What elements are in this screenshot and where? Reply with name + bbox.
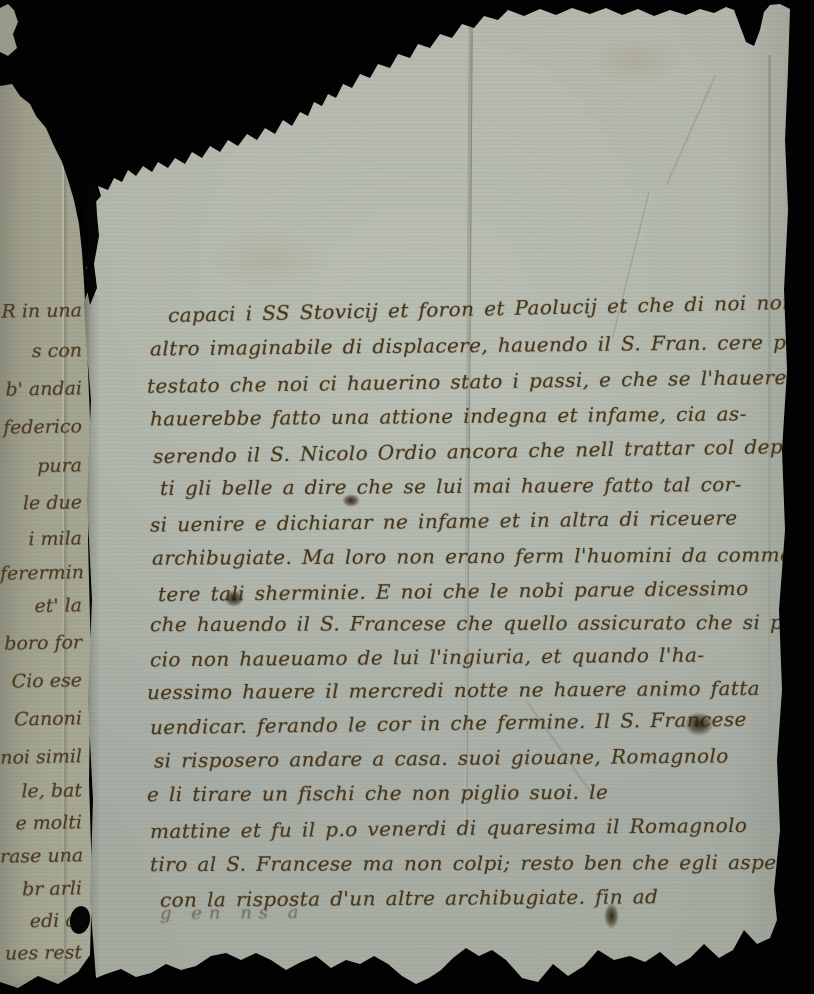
ink-blot xyxy=(224,590,244,607)
manuscript-page: capaci i SS Stovicij et foron et Paoluci… xyxy=(0,0,814,994)
manuscript-line: e li tirare un fischi che non piglio suo… xyxy=(147,780,608,806)
ink-blot xyxy=(684,712,714,736)
left-fragment-line: Cio ese xyxy=(0,669,85,692)
paper-stain xyxy=(590,35,680,85)
manuscript-line: capaci i SS Stovicij et foron et Paoluci… xyxy=(168,289,814,327)
ink-blot xyxy=(604,903,619,929)
manuscript-line: altro imaginabile di displacere, hauendo… xyxy=(150,330,814,361)
ink-offset-marks: g en ns a xyxy=(160,899,760,924)
manuscript-photo: R in una s con b' andai federico pura le… xyxy=(0,0,814,994)
left-fragment-line: i mila xyxy=(0,527,85,550)
manuscript-line: uendicar. ferando le cor in che fermine.… xyxy=(150,707,747,739)
left-fragment-line: Canoni xyxy=(0,707,85,730)
left-fragment-line: federico xyxy=(0,415,85,438)
left-fragment-line: ferermin xyxy=(0,561,85,584)
manuscript-line: si uenire e dichiarar ne infame et in al… xyxy=(150,505,738,536)
manuscript-line: che hauendo il S. Francese che quello as… xyxy=(150,610,814,636)
left-fragment-line: e molti xyxy=(0,811,85,834)
manuscript-line: serendo il S. Nicolo Ordio ancora che ne… xyxy=(153,434,803,468)
manuscript-line: ti gli belle a dire che se lui mai hauer… xyxy=(160,472,742,500)
left-fragment-line: ues rest xyxy=(0,941,85,964)
ink-blot xyxy=(342,494,360,507)
left-fragment-line: le, bat xyxy=(0,779,85,802)
left-fragment-line: noi simil xyxy=(0,745,85,768)
wrinkle-line xyxy=(666,75,717,185)
left-fragment-line: pura xyxy=(0,454,85,477)
left-fragment-line: s con xyxy=(0,339,85,362)
manuscript-line: cio non haueuamo de lui l'ingiuria, et q… xyxy=(150,643,705,672)
manuscript-line: tiro al S. Francese ma non colpi; resto … xyxy=(150,850,806,876)
left-fragment-line: le due xyxy=(0,491,85,514)
manuscript-line: hauerebbe fatto una attione indegna et i… xyxy=(150,401,747,430)
manuscript-line: si risposero andare a casa. suoi giouane… xyxy=(154,743,729,772)
left-fragment-line: R in una xyxy=(0,299,85,322)
manuscript-line: mattine et fu il p.o venerdi di quaresim… xyxy=(150,813,748,843)
left-fragment-line: b' andai xyxy=(0,377,85,400)
left-fragment-line: br arli xyxy=(0,877,85,900)
manuscript-line: archibugiate. Ma loro non erano ferm l'h… xyxy=(152,542,808,569)
manuscript-line: uessimo hauere il mercredi notte ne haue… xyxy=(147,676,760,704)
paper-stain xyxy=(210,230,330,290)
left-fragment-line: boro for xyxy=(0,631,85,654)
left-fragment-line: et' la xyxy=(0,594,85,617)
manuscript-line: testato che noi ci hauerino stato i pass… xyxy=(147,364,814,398)
right-edge-crease xyxy=(768,55,771,915)
left-fragment-line: rase una xyxy=(0,844,85,867)
